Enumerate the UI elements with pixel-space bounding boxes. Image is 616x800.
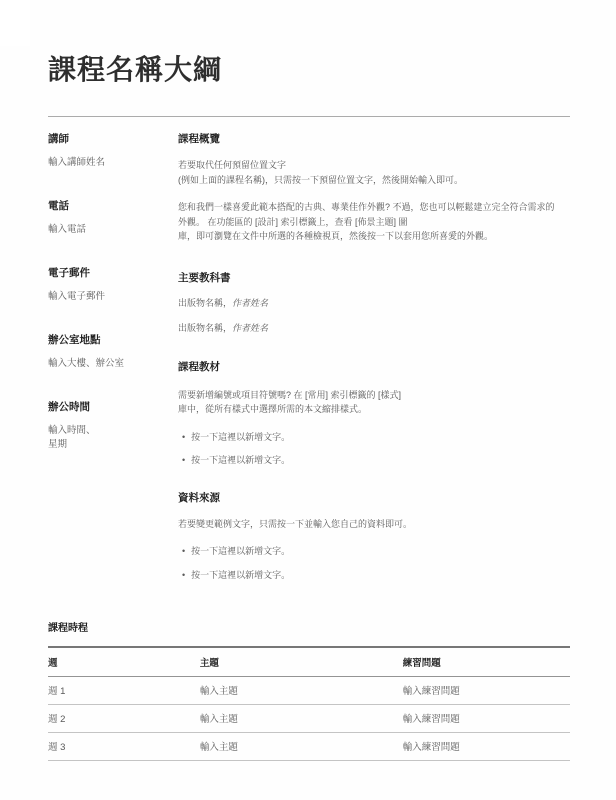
info-value-placeholder[interactable]: 輸入大樓、辦公室: [48, 357, 178, 371]
overview-paragraph-2[interactable]: 您和我們一樣喜愛此範本搭配的古典、專業佳作外觀? 不過，您也可以輕鬆建立完全符合…: [178, 200, 570, 244]
schedule-input-cell[interactable]: 輸入練習問題: [403, 677, 570, 705]
info-value-placeholder[interactable]: 輸入電子郵件: [48, 290, 178, 304]
info-item: 辦公室地點輸入大樓、辦公室: [48, 332, 178, 371]
info-item: 辦公時間輸入時間、 星期: [48, 399, 178, 452]
info-item: 電話輸入電話: [48, 198, 178, 237]
overview-heading: 課程概覽: [178, 131, 570, 146]
info-label: 辦公時間: [48, 399, 178, 414]
publication-name[interactable]: 出版物名稱，: [178, 323, 232, 333]
bullet-text-placeholder[interactable]: 按一下這裡以新增文字。: [191, 568, 290, 583]
info-value-placeholder[interactable]: 輸入時間、 星期: [48, 424, 178, 452]
bullet-icon: •: [182, 568, 185, 583]
document-page: 課程名稱大綱 講師輸入講師姓名電話輸入電話電子郵件輸入電子郵件辦公室地點輸入大樓…: [0, 0, 616, 800]
info-label: 辦公室地點: [48, 332, 178, 347]
schedule-input-cell[interactable]: 輸入主題: [200, 705, 403, 733]
section-course-schedule: 課程時程 週主題練習問題 週 1輸入主題輸入練習問題週 2輸入主題輸入練習問題週…: [48, 619, 570, 761]
schedule-week-cell: 週 3: [48, 733, 200, 761]
author-name[interactable]: 作者姓名: [232, 298, 268, 308]
bullet-icon: •: [182, 544, 185, 559]
schedule-heading: 課程時程: [48, 619, 570, 634]
section-main-textbooks: 主要教科書 出版物名稱，作者姓名 出版物名稱，作者姓名: [178, 270, 570, 335]
bullet-text-placeholder[interactable]: 按一下這裡以新增文字。: [191, 544, 290, 559]
resources-bullet-list: •按一下這裡以新增文字。•按一下這裡以新增文字。: [178, 544, 570, 582]
schedule-week-cell: 週 2: [48, 705, 200, 733]
info-item: 講師輸入講師姓名: [48, 131, 178, 170]
schedule-input-cell[interactable]: 輸入主題: [200, 733, 403, 761]
bullet-item: •按一下這裡以新增文字。: [182, 453, 570, 468]
schedule-column-header: 週: [48, 647, 200, 677]
bullet-icon: •: [182, 430, 185, 445]
schedule-column-header: 主題: [200, 647, 403, 677]
section-course-overview: 課程概覽 若要取代任何預留位置文字 (例如上面的課程名稱)，只需按一下預留位置文…: [178, 131, 570, 244]
info-label: 講師: [48, 131, 178, 146]
resources-heading: 資料來源: [178, 490, 570, 505]
info-item: 電子郵件輸入電子郵件: [48, 265, 178, 304]
materials-paragraph[interactable]: 需要新增編號或項目符號嗎? 在 [常用] 索引標籤的 [樣式] 庫中，從所有樣式…: [178, 388, 570, 417]
section-course-materials: 課程教材 需要新增編號或項目符號嗎? 在 [常用] 索引標籤的 [樣式] 庫中，…: [178, 359, 570, 468]
content-column: 課程概覽 若要取代任何預留位置文字 (例如上面的課程名稱)，只需按一下預留位置文…: [178, 131, 570, 591]
background-artifact: [0, 0, 30, 46]
schedule-row: 週 2輸入主題輸入練習問題: [48, 705, 570, 733]
bullet-text-placeholder[interactable]: 按一下這裡以新增文字。: [191, 430, 290, 445]
materials-heading: 課程教材: [178, 359, 570, 374]
resources-paragraph[interactable]: 若要變更範例文字，只需按一下並輸入您自己的資料即可。: [178, 517, 570, 532]
publication-name[interactable]: 出版物名稱，: [178, 298, 232, 308]
overview-paragraph-1[interactable]: 若要取代任何預留位置文字 (例如上面的課程名稱)，只需按一下預留位置文字，然後開…: [178, 158, 570, 187]
schedule-week-cell: 週 1: [48, 677, 200, 705]
schedule-table: 週主題練習問題 週 1輸入主題輸入練習問題週 2輸入主題輸入練習問題週 3輸入主…: [48, 646, 570, 761]
bullet-item: •按一下這裡以新增文字。: [182, 544, 570, 559]
schedule-column-header: 練習問題: [403, 647, 570, 677]
materials-bullet-list: •按一下這裡以新增文字。•按一下這裡以新增文字。: [178, 430, 570, 468]
textbook-placeholder[interactable]: 出版物名稱，作者姓名: [178, 297, 570, 310]
schedule-row: 週 3輸入主題輸入練習問題: [48, 733, 570, 761]
bullet-text-placeholder[interactable]: 按一下這裡以新增文字。: [191, 453, 290, 468]
bullet-item: •按一下這裡以新增文字。: [182, 430, 570, 445]
schedule-input-cell[interactable]: 輸入練習問題: [403, 705, 570, 733]
page-title: 課程名稱大綱: [48, 54, 570, 86]
schedule-header-row: 週主題練習問題: [48, 647, 570, 677]
info-label: 電話: [48, 198, 178, 213]
textbook-placeholder[interactable]: 出版物名稱，作者姓名: [178, 322, 570, 335]
schedule-row: 週 1輸入主題輸入練習問題: [48, 677, 570, 705]
bullet-item: •按一下這裡以新增文字。: [182, 568, 570, 583]
title-divider: [48, 116, 570, 117]
contact-info-column: 講師輸入講師姓名電話輸入電話電子郵件輸入電子郵件辦公室地點輸入大樓、辦公室辦公時…: [48, 131, 178, 591]
section-resources: 資料來源 若要變更範例文字，只需按一下並輸入您自己的資料即可。 •按一下這裡以新…: [178, 490, 570, 583]
info-value-placeholder[interactable]: 輸入講師姓名: [48, 156, 178, 170]
info-value-placeholder[interactable]: 輸入電話: [48, 223, 178, 237]
textbooks-heading: 主要教科書: [178, 270, 570, 285]
info-label: 電子郵件: [48, 265, 178, 280]
author-name[interactable]: 作者姓名: [232, 323, 268, 333]
schedule-input-cell[interactable]: 輸入練習問題: [403, 733, 570, 761]
schedule-input-cell[interactable]: 輸入主題: [200, 677, 403, 705]
bullet-icon: •: [182, 453, 185, 468]
two-column-layout: 講師輸入講師姓名電話輸入電話電子郵件輸入電子郵件辦公室地點輸入大樓、辦公室辦公時…: [48, 131, 570, 591]
